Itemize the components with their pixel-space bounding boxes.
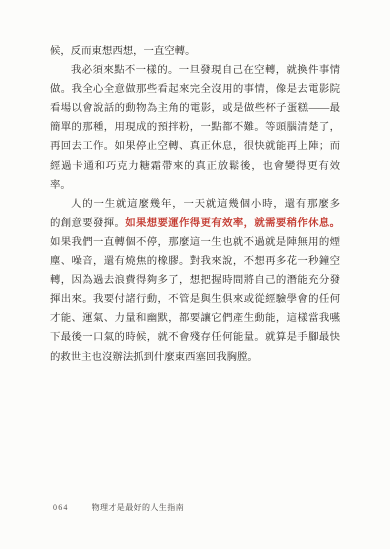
- text-run: 如果我們一直轉個不停，那麼這一生也就不過就是陣無用的煙: [50, 237, 340, 248]
- book-title: 物理才是最好的人生指南: [92, 502, 184, 513]
- text-run: 下最後一口氣的時候，就不會殘存任何能量。就算是手腳最快: [50, 332, 340, 343]
- text-run: 揮出來。我要付諸行動，不管是與生俱來或從經驗學會的任何: [50, 294, 340, 305]
- text-run: 的創意要發揮。: [50, 218, 125, 229]
- text-line: 轉，因為過去浪費得夠多了，想把握時間將自己的潛能充分發: [50, 271, 340, 290]
- text-line: 下最後一口氣的時候，就不會殘存任何能量。就算是手腳最快: [50, 328, 340, 347]
- text-line: 人的一生就這麼幾年，一天就這幾個小時，還有那麼多: [50, 195, 340, 214]
- text-line: 做。我全心全意做那些看起來完全沒用的事情，像是去電影院: [50, 80, 340, 99]
- text-run: 轉，因為過去浪費得夠多了，想把握時間將自己的潛能充分發: [50, 275, 340, 286]
- text-line: 我必須來點不一樣的。一旦發現自己在空轉，就換件事情: [50, 61, 340, 80]
- text-line: 看場以會說話的動物為主角的電影，或是做些杯子蛋糕——最: [50, 99, 340, 118]
- text-run: 塵、噪音，還有燒焦的橡膠。對我來說，不想再多花一秒鐘空: [50, 256, 340, 267]
- text-run: 的救世主也沒辦法抓到什麼東西塞回我胸膛。: [50, 352, 258, 363]
- text-line: 率。: [50, 176, 340, 195]
- text-run: 人的一生就這麼幾年，一天就這幾個小時，還有那麼多: [71, 199, 340, 210]
- page-text-block: 候，反而東想西想，一直空轉。我必須來點不一樣的。一旦發現自己在空轉，就換件事情做…: [50, 42, 340, 367]
- text-run: 候，反而東想西想，一直空轉。: [50, 46, 195, 57]
- text-run: 再回去工作。如果停止空轉、真正休息，很快就能再上陣；而: [50, 141, 340, 152]
- page-number: 064: [53, 503, 69, 512]
- text-line: 才能、運氣、力量和幽默，都要讓它們產生動能，這樣當我嚥: [50, 309, 340, 328]
- text-line: 簡單的那種，用現成的預拌粉，一點都不難。等頭腦清楚了，: [50, 118, 340, 137]
- text-line: 候，反而東想西想，一直空轉。: [50, 42, 340, 61]
- text-line: 塵、噪音，還有燒焦的橡膠。對我來說，不想再多花一秒鐘空: [50, 252, 340, 271]
- text-run: 我必須來點不一樣的。一旦發現自己在空轉，就換件事情: [71, 65, 340, 76]
- text-run: 率。: [50, 180, 71, 191]
- text-run: 簡單的那種，用現成的預拌粉，一點都不難。等頭腦清楚了，: [50, 122, 340, 133]
- text-run: 看場以會說話的動物為主角的電影，或是做些杯子蛋糕——最: [50, 103, 340, 114]
- text-line: 經過卡通和巧克力糖霜帶來的真正放鬆後，也會變得更有效: [50, 157, 340, 176]
- page: 候，反而東想西想，一直空轉。我必須來點不一樣的。一旦發現自己在空轉，就換件事情做…: [0, 0, 390, 549]
- text-line: 如果我們一直轉個不停，那麼這一生也就不過就是陣無用的煙: [50, 233, 340, 252]
- book-page-screenshot: { "colors": { "background": "#fcfcfa", "…: [0, 0, 390, 549]
- text-run: 才能、運氣、力量和幽默，都要讓它們產生動能，這樣當我嚥: [50, 313, 340, 324]
- text-run: 做。我全心全意做那些看起來完全沒用的事情，像是去電影院: [50, 84, 340, 95]
- page-footer: 064 物理才是最好的人生指南: [53, 502, 184, 513]
- text-line: 再回去工作。如果停止空轉、真正休息，很快就能再上陣；而: [50, 137, 340, 156]
- text-line: 的救世主也沒辦法抓到什麼東西塞回我胸膛。: [50, 348, 340, 367]
- text-line: 揮出來。我要付諸行動，不管是與生俱來或從經驗學會的任何: [50, 290, 340, 309]
- emphasis-red-run: 如果想要運作得更有效率，就需要稍作休息。: [125, 218, 340, 229]
- text-line: 的創意要發揮。如果想要運作得更有效率，就需要稍作休息。: [50, 214, 340, 233]
- text-run: 經過卡通和巧克力糖霜帶來的真正放鬆後，也會變得更有效: [50, 161, 340, 172]
